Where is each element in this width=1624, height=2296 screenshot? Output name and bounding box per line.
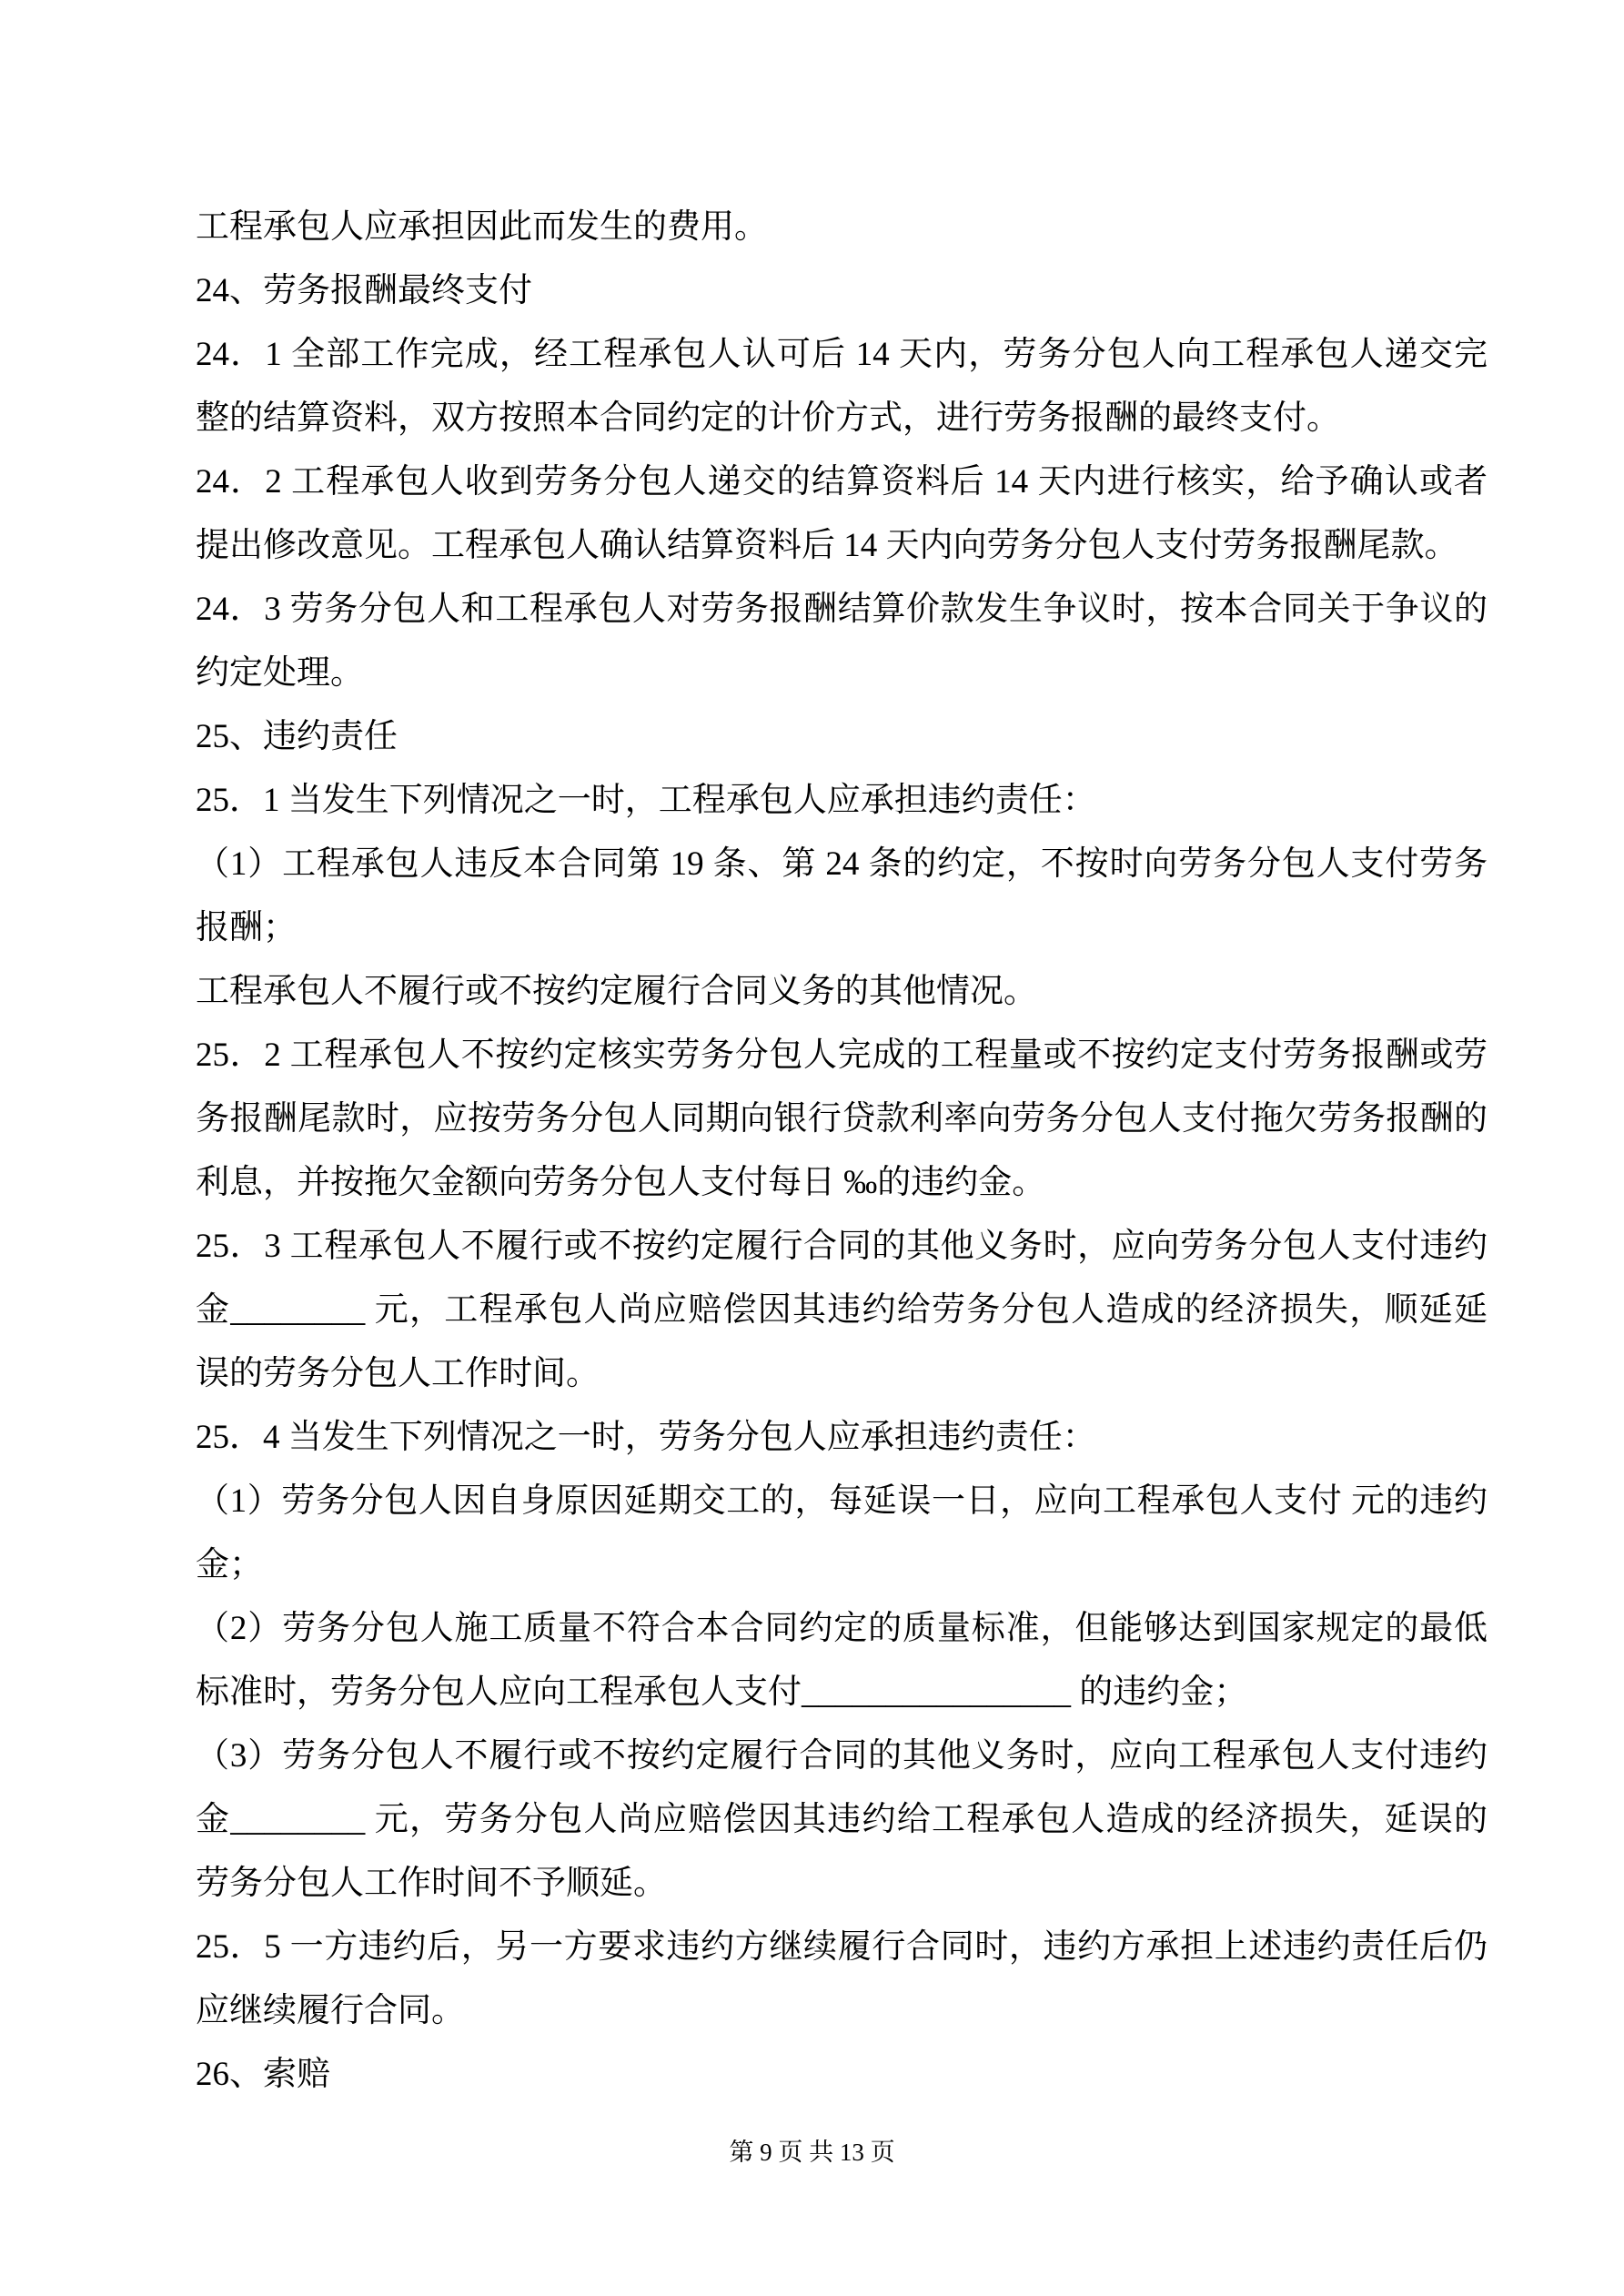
document-line: （3）劳务分包人不履行或不按约定履行合同的其他义务时，应向工程承包人支付违约 (196, 1725, 1488, 1788)
document-line: （1）工程承包人违反本合同第 19 条、第 24 条的约定，不按时向劳务分包人支… (196, 833, 1488, 896)
document-line: 25．4 当发生下列情况之一时，劳务分包人应承担违约责任： (196, 1406, 1488, 1470)
document-line: 24．2 工程承包人收到劳务分包人递交的结算资料后 14 天内进行核实，给予确认… (196, 450, 1488, 514)
document-line-with-blank: 金________ 元，劳务分包人尚应赔偿因其违约给工程承包人造成的经济损失，延… (196, 1788, 1488, 1852)
document-line: 提出修改意见。工程承包人确认结算资料后 14 天内向劳务分包人支付劳务报酬尾款。 (196, 514, 1488, 578)
document-line: 24．3 劳务分包人和工程承包人对劳务报酬结算价款发生争议时，按本合同关于争议的 (196, 578, 1488, 642)
document-page: 工程承包人应承担因此而发生的费用。 24、劳务报酬最终支付 24．1 全部工作完… (196, 196, 1488, 2107)
document-line: 误的劳务分包人工作时间。 (196, 1342, 1488, 1406)
document-line: （2）劳务分包人施工质量不符合本合同约定的质量标准，但能够达到国家规定的最低 (196, 1597, 1488, 1661)
document-heading: 24、劳务报酬最终支付 (196, 259, 1488, 323)
document-line: 25．1 当发生下列情况之一时，工程承包人应承担违约责任： (196, 769, 1488, 833)
document-line: 25．2 工程承包人不按约定核实劳务分包人完成的工程量或不按约定支付劳务报酬或劳 (196, 1024, 1488, 1087)
document-line: 应继续履行合同。 (196, 1979, 1488, 2043)
document-line: 工程承包人不履行或不按约定履行合同义务的其他情况。 (196, 960, 1488, 1024)
document-heading: 25、违约责任 (196, 705, 1488, 769)
document-line: 务报酬尾款时，应按劳务分包人同期向银行贷款利率向劳务分包人支付拖欠劳务报酬的 (196, 1087, 1488, 1151)
document-line: 利息，并按拖欠金额向劳务分包人支付每日 ‰的违约金。 (196, 1151, 1488, 1215)
document-line: （1）劳务分包人因自身原因延期交工的，每延误一日，应向工程承包人支付 元的违约 (196, 1470, 1488, 1533)
document-line: 工程承包人应承担因此而发生的费用。 (196, 196, 1488, 259)
document-line-with-blank: 金________ 元，工程承包人尚应赔偿因其违约给劳务分包人造成的经济损失，顺… (196, 1279, 1488, 1342)
document-line: 整的结算资料，双方按照本合同约定的计价方式，进行劳务报酬的最终支付。 (196, 387, 1488, 450)
document-line: 劳务分包人工作时间不予顺延。 (196, 1852, 1488, 1916)
document-line: 25．5 一方违约后，另一方要求违约方继续履行合同时，违约方承担上述违约责任后仍 (196, 1916, 1488, 1979)
page-number: 第 9 页 共 13 页 (0, 2120, 1624, 2184)
document-heading: 26、索赔 (196, 2043, 1488, 2107)
document-line: 24．1 全部工作完成，经工程承包人认可后 14 天内，劳务分包人向工程承包人递… (196, 323, 1488, 387)
document-line: 金； (196, 1533, 1488, 1597)
document-line: 报酬； (196, 896, 1488, 960)
document-line: 25．3 工程承包人不履行或不按约定履行合同的其他义务时，应向劳务分包人支付违约 (196, 1215, 1488, 1279)
document-line-with-blank: 标准时，劳务分包人应向工程承包人支付________________ 的违约金； (196, 1661, 1488, 1725)
document-line: 约定处理。 (196, 642, 1488, 705)
